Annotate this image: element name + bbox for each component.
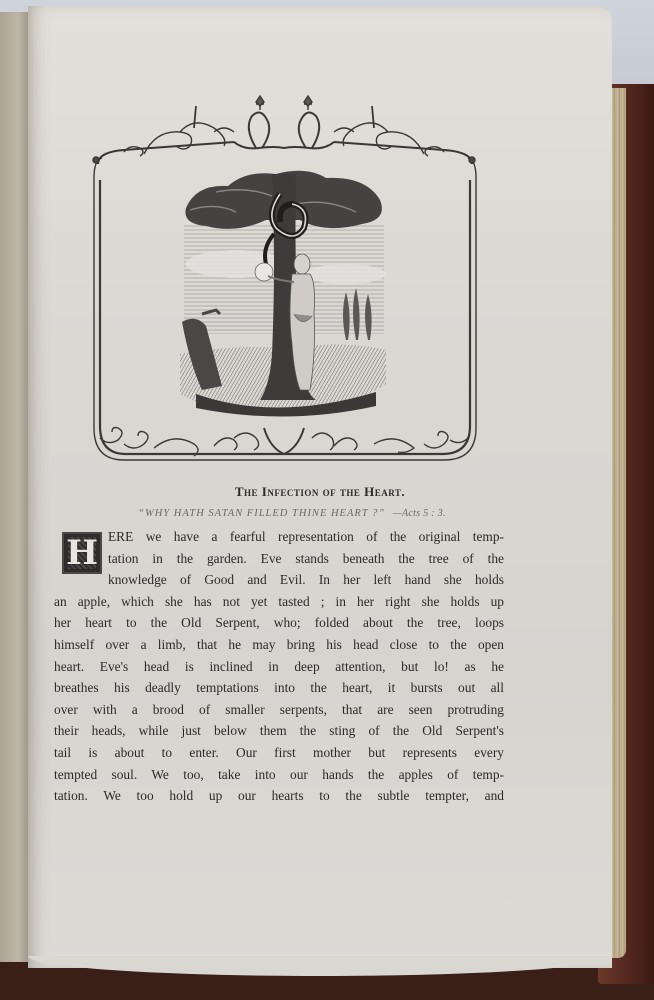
text-line: over with a brood of smaller serpents, t…: [54, 699, 504, 721]
text-line: her heart to the Old Serpent, who; folde…: [54, 612, 504, 634]
text-line: tation in the garden. Eve stands beneath…: [54, 548, 504, 570]
book-page: The Infection of the Heart. “Why hath Sa…: [28, 6, 612, 968]
text-line: tempted soul. We too, take into our hand…: [54, 764, 504, 786]
text-line: heart. Eve's head is inclined in deep at…: [54, 656, 504, 678]
text-line: ERE we have a fearful representation of …: [54, 526, 504, 548]
text-line: their heads, while just below them the s…: [54, 720, 504, 742]
engraving-tree-icon: [176, 164, 390, 424]
text-line: tation. We too hold up our hearts to the…: [54, 785, 504, 807]
drop-cap: H: [62, 532, 102, 574]
epigraph-reference: —Acts 5 : 3.: [393, 508, 446, 519]
text-line: himself over a limb, that he may bring h…: [54, 634, 504, 656]
text-line: breathes his deadly temptations into the…: [54, 677, 504, 699]
epigraph-quote: “Why hath Satan filled thine heart ?”: [138, 508, 385, 519]
text-line: tail is about to enter. Our first mother…: [54, 742, 504, 764]
text-line: an apple, which she has not yet tasted ;…: [54, 591, 504, 613]
illustration-caption: The Infection of the Heart.: [28, 484, 612, 500]
body-text: H ERE we have a fearful representation o…: [54, 526, 504, 807]
drop-cap-letter: H: [66, 536, 98, 570]
text-line: knowledge of Good and Evil. In her left …: [54, 569, 504, 591]
epigraph: “Why hath Satan filled thine heart ?” —A…: [82, 508, 502, 519]
